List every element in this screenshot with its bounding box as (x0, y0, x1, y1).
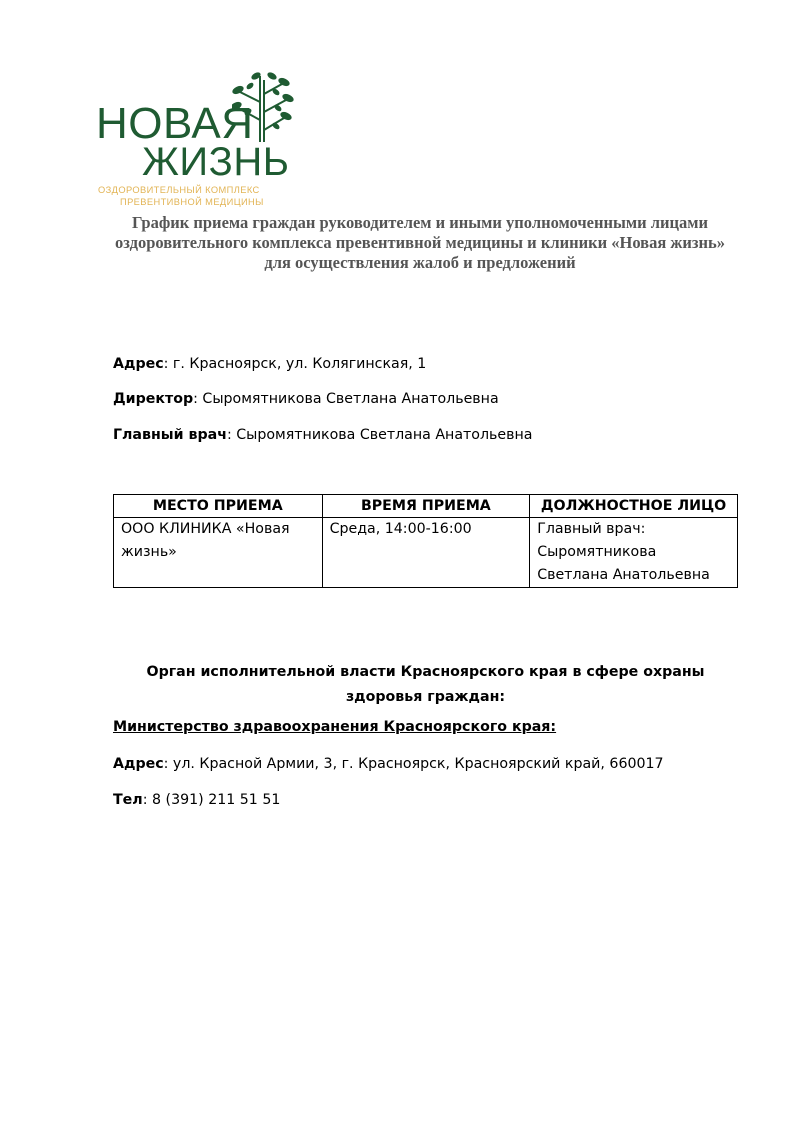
cell-place: ООО КЛИНИКА «Новая жизнь» (114, 518, 323, 588)
cell-official: Главный врач: Сыромятникова Светлана Ана… (530, 518, 738, 588)
director-value: : Сыромятникова Светлана Анатольевна (193, 391, 499, 407)
ministry-address: Адрес: ул. Красной Армии, 3, г. Краснояр… (113, 754, 664, 774)
ministry-phone-label: Тел (113, 792, 143, 808)
column-header-official: ДОЛЖНОСТНОЕ ЛИЦО (530, 495, 738, 518)
ministry-address-value: : ул. Красной Армии, 3, г. Красноярск, К… (164, 756, 664, 772)
director-label: Директор (113, 391, 193, 407)
clinic-address: Адрес: г. Красноярск, ул. Колягинская, 1 (113, 354, 426, 374)
authority-heading: Орган исполнительной власти Красноярског… (113, 660, 738, 710)
logo-tagline-1: ОЗДОРОВИТЕЛЬНЫЙ КОМПЛЕКС (98, 185, 260, 195)
schedule-table: МЕСТО ПРИЕМА ВРЕМЯ ПРИЕМА ДОЛЖНОСТНОЕ ЛИ… (113, 494, 738, 588)
document-title: График приема граждан руководителем и ин… (100, 213, 740, 273)
ministry-phone: Тел: 8 (391) 211 51 51 (113, 790, 280, 810)
chief-doctor-label: Главный врач (113, 427, 227, 443)
ministry-name: Министерство здравоохранения Красноярско… (113, 719, 556, 735)
logo-wordmark-line2: ЖИЗНЬ (142, 142, 289, 182)
director: Директор: Сыромятникова Светлана Анатоль… (113, 389, 499, 409)
clinic-address-label: Адрес (113, 356, 164, 372)
ministry-phone-value: : 8 (391) 211 51 51 (143, 792, 281, 808)
logo: НОВАЯ ЖИЗНЬ ОЗДОРОВИТЕЛЬНЫЙ КОМПЛЕКС ПРЕ… (96, 72, 296, 208)
chief-doctor: Главный врач: Сыромятникова Светлана Ана… (113, 425, 532, 445)
ministry-address-label: Адрес (113, 756, 164, 772)
column-header-time: ВРЕМЯ ПРИЕМА (322, 495, 530, 518)
table-header-row: МЕСТО ПРИЕМА ВРЕМЯ ПРИЕМА ДОЛЖНОСТНОЕ ЛИ… (114, 495, 738, 518)
clinic-address-value: : г. Красноярск, ул. Колягинская, 1 (164, 356, 427, 372)
table-row: ООО КЛИНИКА «Новая жизнь» Среда, 14:00-1… (114, 518, 738, 588)
logo-tagline-2: ПРЕВЕНТИВНОЙ МЕДИЦИНЫ (120, 197, 264, 207)
cell-time: Среда, 14:00-16:00 (322, 518, 530, 588)
column-header-place: МЕСТО ПРИЕМА (114, 495, 323, 518)
chief-doctor-value: : Сыромятникова Светлана Анатольевна (227, 427, 533, 443)
